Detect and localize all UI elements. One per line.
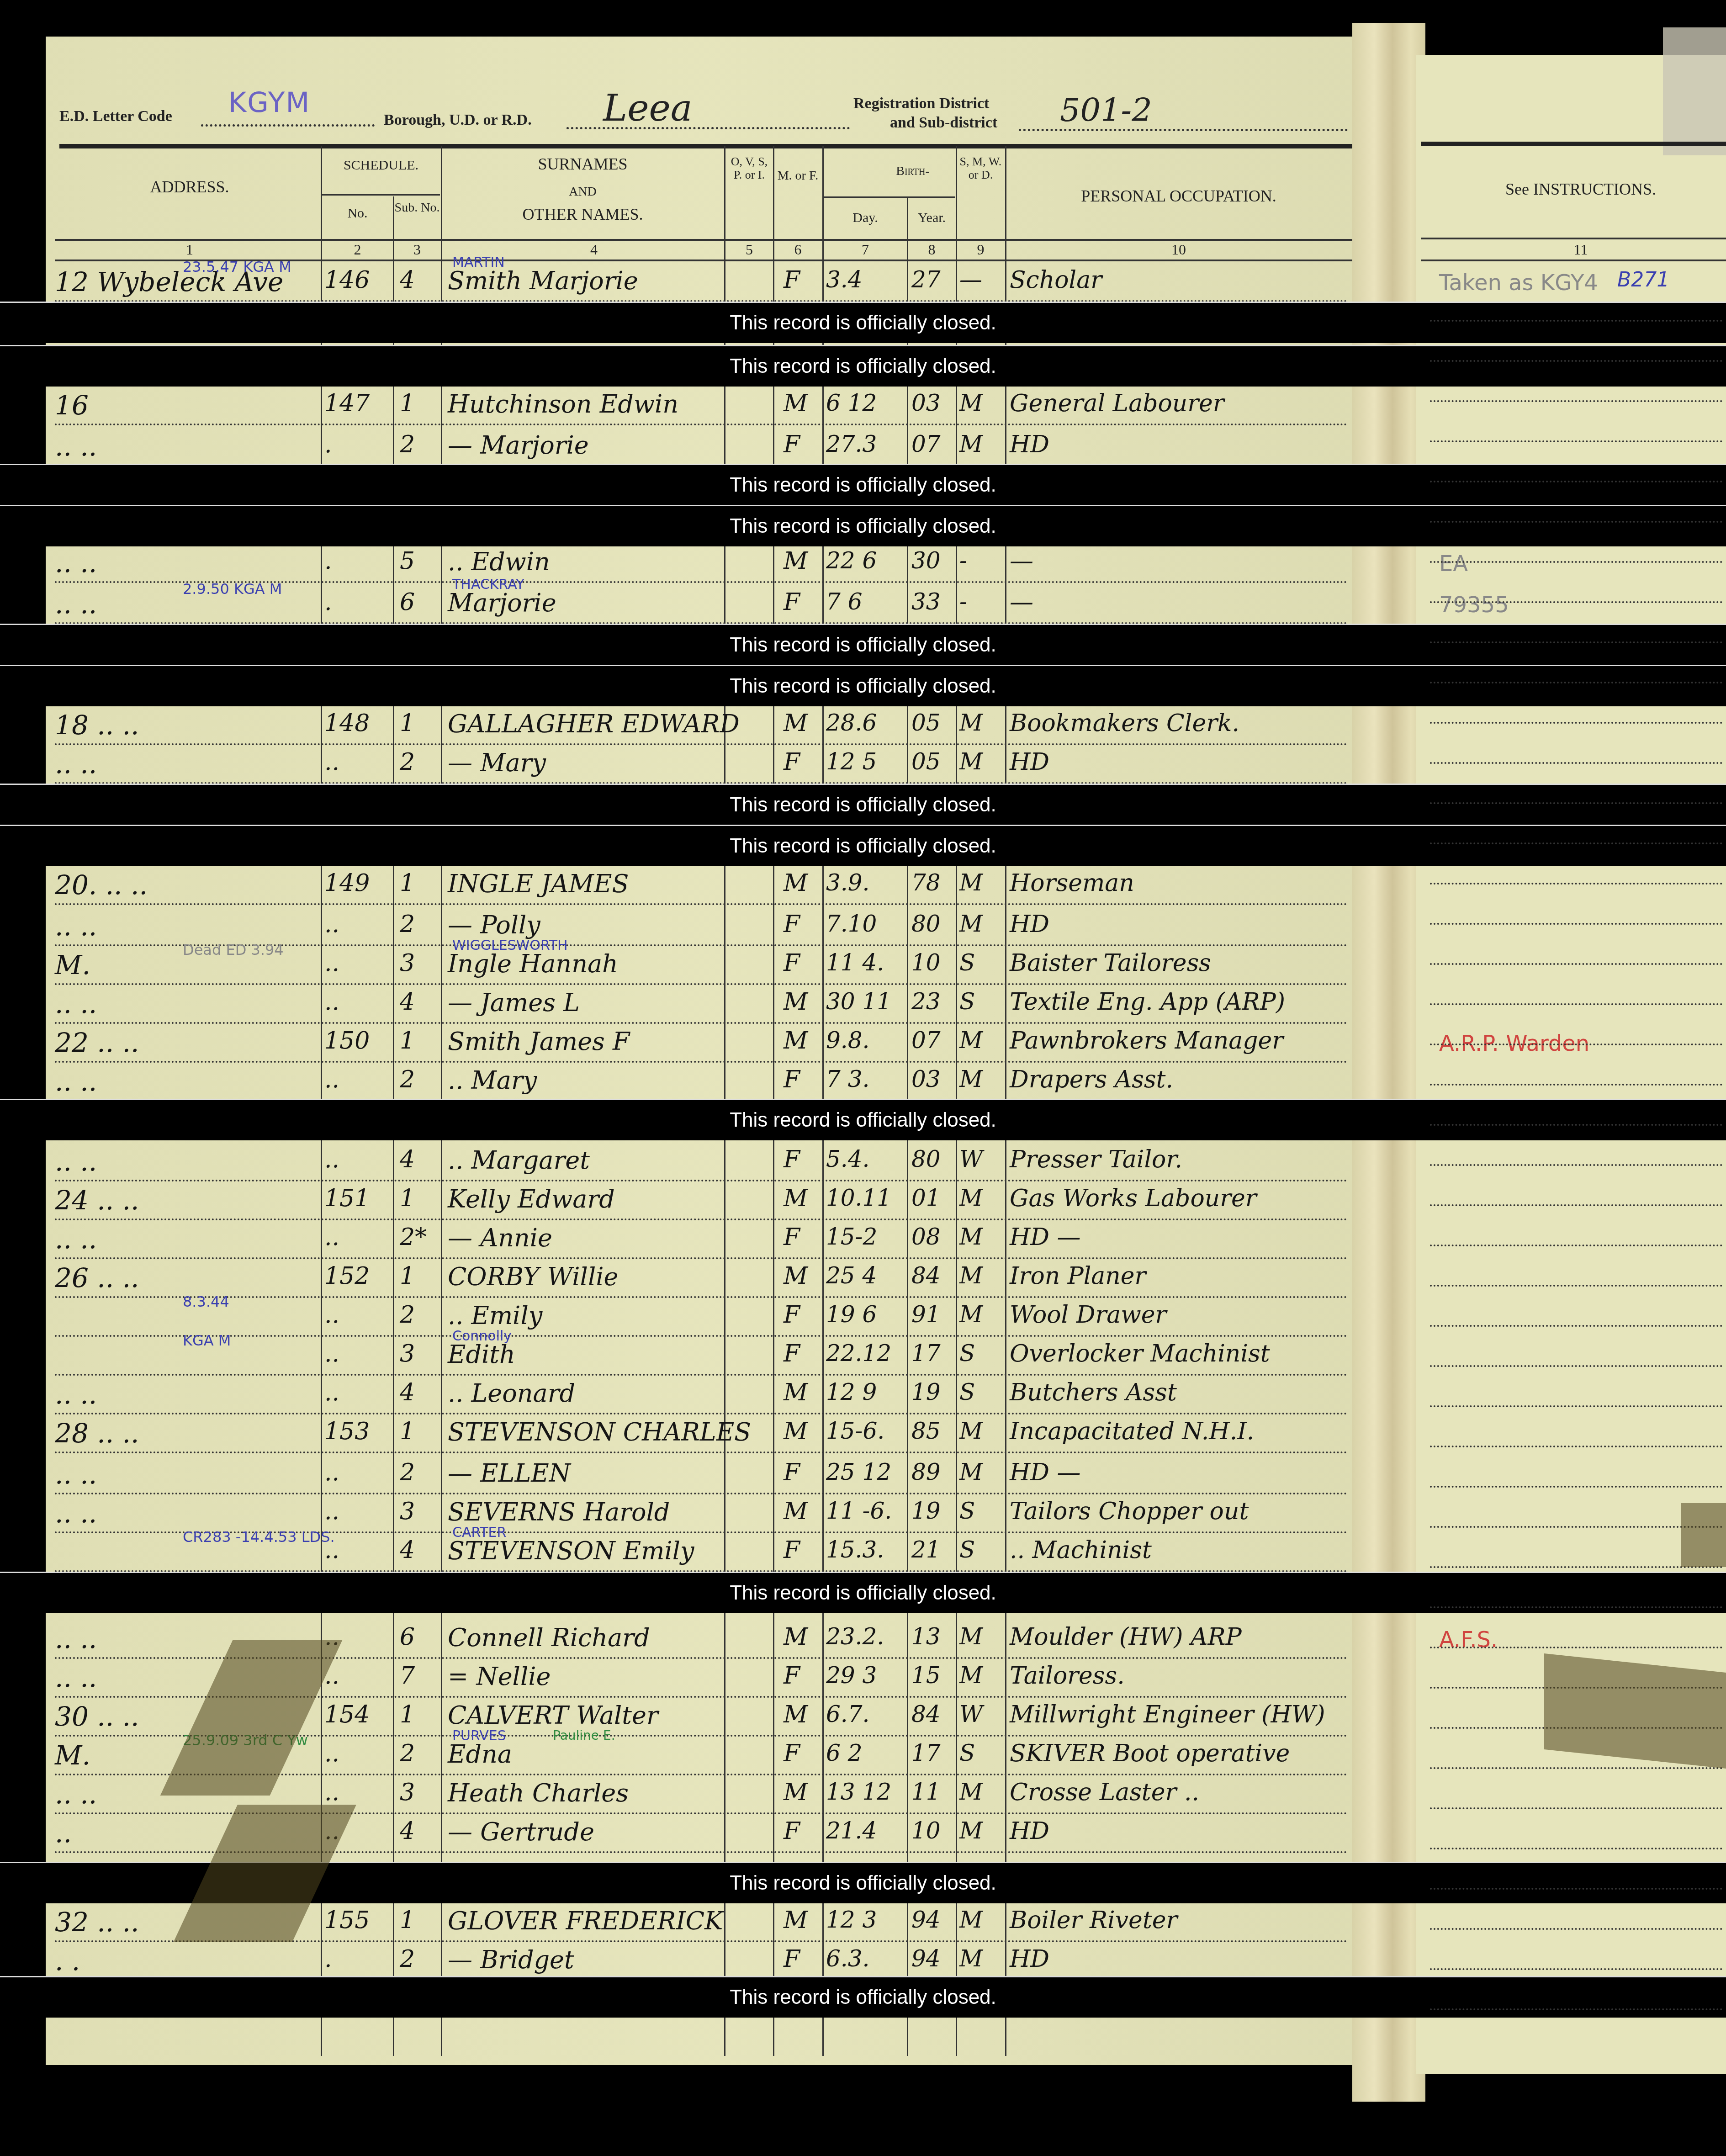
cell-birth-year: 84 (911, 1262, 941, 1289)
cell-schedule-no: .. (324, 1740, 339, 1767)
cell-sex: F (784, 1224, 800, 1251)
cell-birth-year: 84 (911, 1701, 941, 1727)
cell-address: .. .. (55, 988, 97, 1019)
cell-address: 20. .. .. (55, 869, 148, 901)
cell-sex: F (784, 911, 800, 938)
cell-birth-year: 05 (911, 710, 941, 736)
cell-occupation: Baister Tailoress (1010, 949, 1211, 977)
cell-address: .. .. (55, 1498, 97, 1529)
cell-schedule-sub: 1 (400, 1418, 415, 1445)
col-header-instructions: See INSTRUCTIONS. (1439, 180, 1722, 199)
right-page-dotline (1430, 842, 1722, 844)
table-row[interactable]: 28 .. ..1531STEVENSON CHARLESM15-6.85MIn… (46, 1414, 1380, 1453)
ed-letter-code-label: E.D. Letter Code (59, 108, 172, 125)
cell-schedule-no: .. (324, 1379, 339, 1406)
table-row[interactable]: 22 .. ..1501Smith James FM9.8.07MPawnbro… (46, 1023, 1380, 1063)
cell-schedule-sub: 2* (400, 1224, 427, 1251)
closed-record-bar: This record is officially closed. (0, 1099, 1726, 1140)
cell-birth-year: 01 (911, 1185, 941, 1211)
table-row[interactable]: .. ....3SEVERNS HaroldM11 -6.19STailors … (46, 1494, 1380, 1533)
cell-name: Edith (448, 1340, 515, 1369)
right-page-dotline (1430, 1928, 1722, 1930)
cell-birth-year: 21 (911, 1536, 941, 1563)
cell-sex: F (784, 949, 800, 977)
cell-marital: M (959, 1779, 983, 1805)
cell-birth-day: 15-6. (826, 1418, 884, 1444)
cell-sex: F (784, 748, 800, 776)
cell-birth-day: 11 4. (826, 949, 884, 976)
header-mid-rule (55, 239, 1352, 241)
birth-divider (824, 196, 955, 198)
cell-schedule-sub: 4 (400, 988, 415, 1016)
cell-birth-year: 10 (911, 949, 941, 976)
header-top-rule-right (1421, 142, 1726, 146)
cell-birth-day: 12 9 (826, 1379, 877, 1405)
cell-schedule-no: 153 (324, 1418, 370, 1445)
cell-name: GALLAGHER EDWARD (448, 710, 740, 738)
cell-schedule-sub: 4 (400, 1146, 415, 1173)
cell-occupation: Incapacitated N.H.I. (1010, 1418, 1254, 1445)
table-row[interactable]: .. ...2— MarjorieF27.307MHD (46, 427, 1380, 466)
cell-name: Smith James F (448, 1027, 630, 1056)
cell-schedule-sub: 2 (400, 911, 415, 938)
right-page-dotline (1430, 360, 1722, 362)
col-header-marital: S, M, W. or D. (957, 155, 1004, 181)
tape-patch (1544, 1653, 1726, 1769)
right-page-dotline (1430, 923, 1722, 925)
cell-name: GLOVER FREDERICK (448, 1907, 723, 1935)
cell-sex: F (784, 266, 800, 294)
table-row[interactable]: .. ....2*— AnnieF15-208MHD — (46, 1220, 1380, 1259)
name-amendment: PURVES (452, 1728, 506, 1744)
cell-marital: — (959, 266, 982, 293)
cell-address: M. (55, 949, 90, 980)
cell-name: Marjorie (448, 588, 556, 617)
cell-name: .. Emily (448, 1301, 542, 1330)
cell-schedule-no: .. (324, 1301, 339, 1329)
cell-address: .. .. (55, 1224, 97, 1255)
cell-occupation: Butchers Asst (1010, 1379, 1177, 1406)
col-header-address: ADDRESS. (59, 178, 320, 196)
col-header-birth-day: Day. (824, 210, 907, 225)
cell-address: 26 .. .. (55, 1262, 139, 1293)
cell-occupation: .. Machinist (1010, 1536, 1152, 1564)
table-row[interactable]: ..3EdithF22.1217SOverlocker MachinistCon… (46, 1336, 1380, 1376)
cell-schedule-sub: 6 (400, 1623, 415, 1651)
cell-birth-year: 27 (911, 266, 941, 293)
registration-label-2: and Sub-district (890, 114, 997, 132)
cell-birth-day: 25 4 (826, 1262, 877, 1289)
cell-occupation: General Labourer (1010, 390, 1224, 417)
margin-note: 2.9.50 KGA M (183, 580, 282, 598)
cell-birth-year: 17 (911, 1740, 941, 1766)
cell-sex: M (784, 1907, 808, 1934)
margin-note: 8.3.44 (183, 1293, 229, 1310)
cell-birth-day: 25 12 (826, 1459, 891, 1485)
cell-occupation: Moulder (HW) ARP (1010, 1623, 1242, 1651)
cell-birth-year: 19 (911, 1379, 941, 1405)
cell-name: — ELLEN (448, 1459, 571, 1488)
cell-schedule-no: . (324, 547, 332, 575)
right-page-dotline (1430, 1807, 1722, 1809)
cell-occupation: HD (1010, 431, 1049, 458)
cell-schedule-sub: 2 (400, 1945, 415, 1973)
row-dotline (55, 1451, 1348, 1453)
col-header-other-names: OTHER NAMES. (442, 206, 723, 224)
cell-occupation: Bookmakers Clerk. (1010, 710, 1239, 737)
cell-schedule-no: .. (324, 1066, 339, 1093)
cell-birth-day: 5.4. (826, 1146, 869, 1172)
cell-name: — Marjorie (448, 431, 589, 460)
cell-occupation: HD (1010, 1945, 1049, 1973)
cell-occupation: HD — (1010, 1459, 1081, 1486)
col-number: 6 (774, 241, 821, 258)
margin-note: 23.5.47 KGA M (183, 258, 291, 275)
cell-schedule-no: .. (324, 911, 339, 938)
cell-name: — Annie (448, 1224, 552, 1252)
cell-schedule-sub: 4 (400, 1536, 415, 1564)
table-row[interactable]: 24 .. ..1511Kelly EdwardM10.1101MGas Wor… (46, 1181, 1380, 1220)
row-dotline (55, 903, 1348, 905)
cell-birth-year: 91 (911, 1301, 941, 1328)
col-header-sex: M. or F. (774, 169, 821, 183)
page-edge (1663, 27, 1726, 155)
table-row[interactable]: 12 Wybeleck Ave1464Smith MarjorieF3.427—… (46, 263, 1380, 302)
header-bottom-rule-right (1421, 260, 1726, 261)
right-page-dotline (1430, 722, 1722, 724)
cell-address: .. .. (55, 911, 97, 942)
cell-birth-year: 13 (911, 1623, 941, 1650)
cell-occupation: Scholar (1010, 266, 1102, 294)
right-page-dotline (1430, 1124, 1722, 1126)
cell-marital: M (959, 1907, 983, 1933)
cell-schedule-no: .. (324, 1340, 339, 1367)
right-page-dotline (1430, 1647, 1722, 1648)
annotation-col-11: A.F.S. (1439, 1627, 1498, 1653)
table-row[interactable]: .. ...5.. EdwinM22 630-—EA (46, 544, 1380, 583)
cell-sex: M (784, 1185, 808, 1212)
cell-marital: M (959, 1262, 983, 1289)
cell-marital: M (959, 1185, 983, 1211)
col-number: 3 (394, 241, 440, 258)
cell-birth-year: 07 (911, 1027, 941, 1054)
cell-schedule-sub: 1 (400, 1701, 415, 1728)
cell-schedule-no: 149 (324, 869, 370, 897)
col-header-schedule: SCHEDULE. (322, 158, 440, 173)
cell-schedule-sub: 6 (400, 588, 415, 616)
cell-marital: M (959, 1224, 983, 1250)
cell-occupation: Overlocker Machinist (1010, 1340, 1270, 1367)
cell-sex: M (784, 710, 808, 737)
cell-occupation: Boiler Riveter (1010, 1907, 1177, 1934)
cell-sex: M (784, 390, 808, 417)
col-number: 5 (726, 241, 772, 258)
cell-schedule-no: 152 (324, 1262, 370, 1290)
cell-occupation: Gas Works Labourer (1010, 1185, 1257, 1212)
cell-occupation: Tailoress. (1010, 1662, 1125, 1690)
cell-occupation: Presser Tailor. (1010, 1146, 1182, 1173)
cell-sex: F (784, 1301, 800, 1329)
cell-birth-day: 7 6 (826, 588, 863, 615)
cell-sex: F (784, 1740, 800, 1767)
right-page-dotline (1430, 1526, 1722, 1528)
cell-birth-day: 21.4 (826, 1817, 877, 1844)
cell-schedule-no: .. (324, 1224, 339, 1251)
cell-address: M. (55, 1740, 90, 1771)
cell-name: STEVENSON CHARLES (448, 1418, 751, 1446)
right-page-dotline (1430, 601, 1722, 603)
cell-occupation: HD (1010, 911, 1049, 938)
cell-birth-year: 19 (911, 1498, 941, 1524)
cell-name: — Mary (448, 748, 546, 777)
table-row[interactable]: 20. .. ..1491INGLE JAMESM3.9.78MHorseman (46, 866, 1380, 905)
table-row[interactable]: ..2.. EmilyF19 691MWool Drawer8.3.44 (46, 1298, 1380, 1337)
cell-marital: M (959, 1418, 983, 1444)
cell-schedule-no: 146 (324, 266, 370, 294)
cell-birth-year: 17 (911, 1340, 941, 1367)
registration-label-1: Registration District (853, 95, 989, 112)
cell-occupation: Millwright Engineer (HW) (1010, 1701, 1325, 1728)
name-amendment: MARTIN (452, 254, 505, 270)
name-amendment: THACKRAY (452, 577, 524, 593)
right-page-dotline (1430, 682, 1722, 683)
cell-schedule-sub: 3 (400, 1779, 415, 1806)
table-row[interactable]: 18 .. ..1481GALLAGHER EDWARDM28.605MBook… (46, 706, 1380, 745)
cell-birth-day: 6.7. (826, 1701, 869, 1727)
cell-marital: - (959, 547, 967, 574)
cell-sex: F (784, 1066, 800, 1093)
right-page-dotline (1430, 1767, 1722, 1769)
cell-schedule-no: .. (324, 1779, 339, 1806)
cell-marital: M (959, 1027, 983, 1054)
cell-occupation: Textile Eng. App (ARP) (1010, 988, 1285, 1016)
table-row[interactable]: 26 .. ..1521CORBY WillieM25 484MIron Pla… (46, 1259, 1380, 1298)
right-page-dotline (1430, 1405, 1722, 1407)
cell-schedule-no: 148 (324, 710, 370, 737)
closed-record-bar: This record is officially closed. (0, 665, 1726, 706)
cell-birth-day: 12 3 (826, 1907, 877, 1933)
closed-record-bar: This record is officially closed. (0, 464, 1726, 505)
borough-dotline (567, 127, 850, 129)
table-row[interactable]: .. ....2— PollyF7.1080MHD (46, 907, 1380, 946)
cell-name: Heath Charles (448, 1779, 629, 1807)
right-page-dotline (1430, 1968, 1722, 1970)
col-number: 1 (59, 241, 320, 258)
cell-birth-day: 19 6 (826, 1301, 877, 1328)
cell-birth-year: 89 (911, 1459, 941, 1485)
cell-sex: M (784, 869, 808, 897)
cell-schedule-sub: 4 (400, 1817, 415, 1845)
registration-value: 501-2 (1060, 91, 1152, 129)
cell-name: .. Mary (448, 1066, 537, 1095)
name-amendment: CARTER (452, 1525, 506, 1541)
margin-note: Dead ED 3.94 (183, 941, 284, 959)
table-row[interactable]: . ..2— BridgetF6.3.94MHD (46, 1942, 1380, 1981)
cell-address: .. .. (55, 588, 97, 620)
cell-birth-day: 30 11 (826, 988, 891, 1015)
cell-birth-year: 03 (911, 1066, 941, 1092)
cell-name: Smith Marjorie (448, 266, 638, 295)
cell-address: 22 .. .. (55, 1027, 139, 1058)
cell-schedule-sub: 3 (400, 1498, 415, 1525)
cell-name: Edna (448, 1740, 512, 1769)
cell-schedule-sub: 5 (400, 547, 415, 575)
cell-marital: S (959, 1498, 975, 1524)
right-page-dotline (1430, 802, 1722, 804)
closed-record-bar: This record is officially closed. (0, 345, 1726, 387)
cell-marital: S (959, 1340, 975, 1367)
cell-schedule-no: .. (324, 748, 339, 776)
cell-marital: M (959, 1662, 983, 1689)
margin-note: CR283 -14.4.53 LDS. (183, 1528, 335, 1546)
cell-birth-year: 11 (911, 1779, 941, 1805)
cell-address: .. .. (55, 748, 97, 779)
cell-birth-day: 15-2 (826, 1224, 877, 1250)
cell-occupation: HD — (1010, 1224, 1081, 1251)
cell-name: .. Margaret (448, 1146, 590, 1175)
cell-schedule-no: .. (324, 1146, 339, 1173)
cell-name: — Gertrude (448, 1817, 594, 1846)
cell-sex: F (784, 1146, 800, 1173)
cell-sex: F (784, 1817, 800, 1845)
cell-name: Connell Richard (448, 1623, 650, 1652)
cell-occupation: — (1010, 547, 1033, 575)
cell-marital: M (959, 911, 983, 937)
annotation-col-11: 79355 (1439, 592, 1509, 618)
closed-record-bar: This record is officially closed. (0, 784, 1726, 825)
cell-marital: S (959, 949, 975, 976)
cell-marital: M (959, 1459, 983, 1485)
col-header-occupation: PERSONAL OCCUPATION. (1010, 187, 1348, 206)
cell-address: .. .. (55, 1459, 97, 1490)
cell-birth-day: 15.3. (826, 1536, 884, 1563)
cell-birth-year: 05 (911, 748, 941, 775)
closed-record-bar: This record is officially closed. (0, 1976, 1726, 2018)
cell-sex: M (784, 988, 808, 1016)
right-page-dotline (1430, 2008, 1722, 2010)
cell-address: .. .. (55, 1779, 97, 1810)
cell-birth-year: 15 (911, 1662, 941, 1689)
name-amendment: WIGGLESWORTH (452, 938, 568, 954)
cell-birth-year: 10 (911, 1817, 941, 1844)
table-row[interactable]: .. ....2— MaryF12 505MHD (46, 745, 1380, 784)
table-row[interactable]: M...3Ingle HannahF11 4.10SBaister Tailor… (46, 946, 1380, 985)
right-page-dotline (1430, 481, 1722, 482)
cell-sex: F (784, 1340, 800, 1367)
ed-code-dotline (201, 124, 375, 127)
cell-marital: S (959, 988, 975, 1015)
cell-occupation: SKIVER Boot operative (1010, 1740, 1290, 1767)
name-amendment-secondary: Pauline E. (553, 1728, 615, 1743)
cell-marital: W (959, 1701, 983, 1727)
annotation-col-11-code: B271 (1617, 268, 1669, 291)
table-row[interactable]: .. ...6MarjorieF7 633-—THACKRAY2.9.50 KG… (46, 585, 1380, 624)
cell-sex: F (784, 1945, 800, 1973)
cell-name: CALVERT Walter (448, 1701, 658, 1730)
table-row[interactable]: .. ....2— ELLENF25 1289MHD — (46, 1455, 1380, 1494)
cell-schedule-no: 154 (324, 1701, 370, 1728)
right-page-dotline (1430, 400, 1722, 402)
cell-birth-day: 6.3. (826, 1945, 869, 1972)
table-row[interactable]: .. ....4— James LM30 1123STextile Eng. A… (46, 985, 1380, 1024)
cell-birth-day: 12 5 (826, 748, 877, 775)
annotation-col-11: Taken as KGY4 (1439, 270, 1598, 296)
cell-birth-day: 13 12 (826, 1779, 891, 1805)
cell-schedule-sub: 2 (400, 1459, 415, 1486)
cell-birth-day: 22 6 (826, 547, 877, 574)
right-page-dotline (1430, 1003, 1722, 1005)
cell-schedule-sub: 2 (400, 431, 415, 458)
header-mid-rule-right (1421, 238, 1726, 239)
cell-birth-year: 80 (911, 1146, 941, 1172)
cell-address: 24 .. .. (55, 1185, 139, 1216)
cell-schedule-sub: 2 (400, 1740, 415, 1767)
cell-schedule-sub: 7 (400, 1662, 415, 1690)
cell-marital: M (959, 1066, 983, 1092)
cell-occupation: Pawnbrokers Manager (1010, 1027, 1283, 1054)
cell-birth-day: 11 -6. (826, 1498, 892, 1524)
cell-schedule-sub: 1 (400, 1262, 415, 1290)
cell-schedule-no: .. (324, 1459, 339, 1486)
cell-birth-day: 7.10 (826, 911, 877, 937)
right-page-dotline (1430, 1365, 1722, 1367)
right-page-dotline (1430, 883, 1722, 885)
cell-birth-day: 23.2. (826, 1623, 884, 1650)
borough-label: Borough, U.D. or R.D. (384, 111, 532, 129)
col-number: 8 (908, 241, 955, 258)
table-row[interactable]: .. ....2.. MaryF7 3.03MDrapers Asst. (46, 1062, 1380, 1102)
cell-address: .. .. (55, 547, 97, 578)
cell-birth-day: 29 3 (826, 1662, 877, 1689)
cell-marital: M (959, 1945, 983, 1972)
tape-patch (1681, 1503, 1726, 1567)
table-row[interactable]: .. ....4.. LeonardM12 919SButchers Asst (46, 1375, 1380, 1414)
cell-address: .. (55, 1817, 72, 1849)
closed-record-bar: This record is officially closed. (0, 825, 1726, 866)
right-page-dotline (1430, 1164, 1722, 1166)
col-number: 10 (1010, 241, 1348, 258)
cell-sex: M (784, 1498, 808, 1525)
table-row[interactable]: .. ....4.. MargaretF5.4.80WPresser Tailo… (46, 1142, 1380, 1181)
cell-birth-year: 07 (911, 431, 941, 457)
cell-sex: F (784, 431, 800, 458)
cell-name: .. Edwin (448, 547, 550, 576)
cell-birth-day: 3.9. (826, 869, 869, 896)
ed-letter-code-value: KGYM (228, 87, 310, 119)
closed-record-bar: This record is officially closed. (0, 505, 1726, 546)
cell-sex: M (784, 1027, 808, 1054)
table-row[interactable]: ..4STEVENSON EmilyF15.3.21S.. MachinistC… (46, 1533, 1380, 1572)
cell-birth-day: 7 3. (826, 1066, 869, 1092)
cell-sex: F (784, 1536, 800, 1564)
right-page-dotline (1430, 1888, 1722, 1890)
col-header-schedule-sub: Sub. No. (394, 201, 440, 215)
cell-address: .. .. (55, 1146, 97, 1177)
col-number: 2 (322, 241, 393, 258)
cell-occupation: Crosse Laster .. (1010, 1779, 1199, 1806)
cell-name: Ingle Hannah (448, 949, 618, 978)
borough-value: Leea (603, 87, 693, 129)
cell-sex: M (784, 1701, 808, 1728)
col-header-schedule-no: No. (322, 206, 393, 221)
table-row[interactable]: 161471Hutchinson EdwinM6 1203MGeneral La… (46, 386, 1380, 425)
col-number: 11 (1439, 241, 1722, 258)
cell-name: — James L (448, 988, 580, 1017)
cell-address: .. .. (55, 1662, 97, 1693)
closed-record-bar: This record is officially closed. (0, 624, 1726, 665)
cell-birth-day: 6 2 (826, 1740, 863, 1766)
name-amendment: Connolly (452, 1328, 512, 1344)
